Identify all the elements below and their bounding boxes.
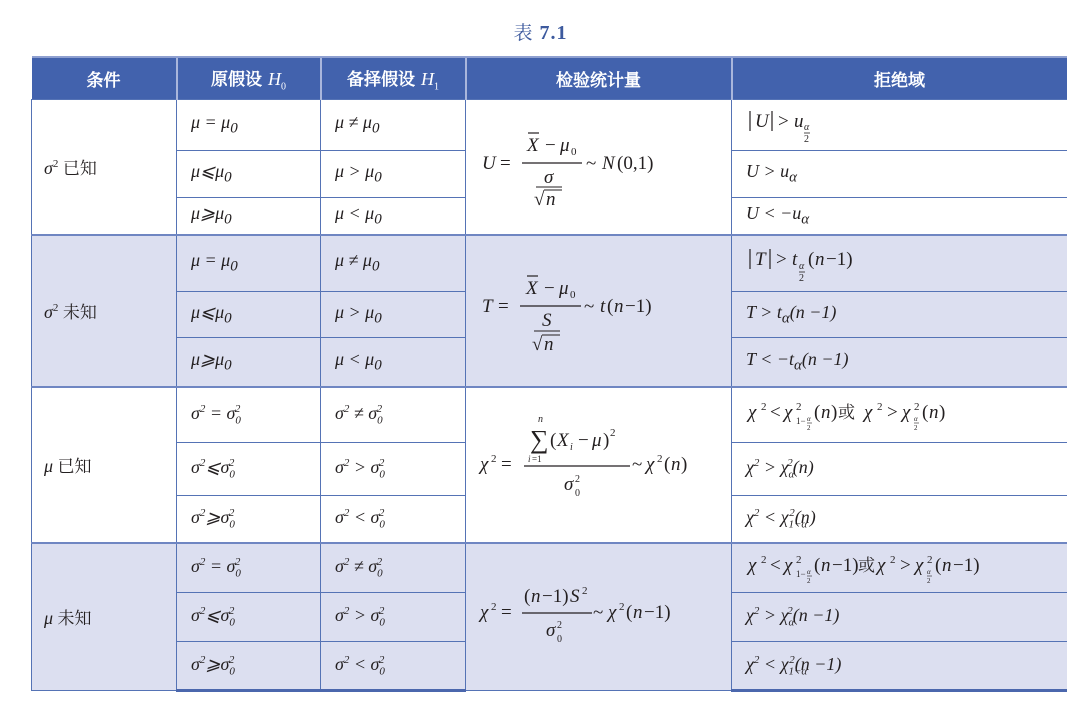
svg-text:0: 0 [570, 289, 576, 301]
svg-text:T: T [482, 296, 494, 317]
condition-cell: σ2 已知 [32, 100, 177, 235]
svg-text:α: α [927, 568, 931, 576]
svg-text:−1): −1) [826, 249, 853, 270]
h0-cell: σ2⩽σ02 [177, 593, 321, 642]
svg-text:=: = [501, 454, 512, 475]
caption-prefix: 表 [513, 22, 533, 44]
svg-text:2: 2 [619, 601, 625, 613]
svg-text:−: − [544, 278, 555, 299]
svg-text:): ) [603, 430, 609, 451]
h1-cell: μ ≠ μ0 [321, 235, 466, 292]
h1-cell: μ > μ0 [321, 151, 466, 198]
h0-cell: σ2⩾σ02 [177, 642, 321, 691]
svg-text:X: X [556, 430, 570, 451]
h1-cell: μ ≠ μ0 [321, 100, 466, 151]
svg-text:X: X [525, 278, 539, 299]
header-test-statistic: 检验统计量 [466, 57, 732, 100]
header-row: 条件 原假设 H0 备择假设 H1 检验统计量 拒绝域 [32, 57, 1067, 100]
h1-cell: σ2 ≠ σ02 [321, 543, 466, 593]
svg-text:): ) [681, 454, 687, 475]
h0-cell: σ2⩾σ02 [177, 496, 321, 543]
svg-text:−1): −1) [953, 555, 980, 576]
h0-cell: μ⩾μ0 [177, 198, 321, 235]
u-statistic-formula: U = X − μ 0 σ √ n ~ N [478, 119, 718, 209]
svg-text:): ) [939, 402, 945, 423]
svg-text:n: n [538, 414, 543, 425]
svg-text:μ: μ [591, 430, 602, 451]
svg-text:2: 2 [807, 577, 811, 585]
rejection-cell: χ2 < χ1−α2(n) [732, 496, 1067, 543]
svg-text:2: 2 [610, 427, 616, 439]
svg-text:n: n [546, 189, 556, 209]
statistic-cell: χ 2 = ( n −1) S 2 σ 0 2 ~ χ 2 [466, 543, 732, 691]
svg-text:−: − [578, 430, 589, 451]
statistic-cell: T = X − μ 0 S √ n ~ t [466, 235, 732, 387]
svg-text:(: ( [626, 602, 632, 623]
svg-text:χ: χ [478, 454, 489, 475]
header-alt-hypothesis: 备择假设 H1 [321, 57, 466, 100]
svg-text:t: t [792, 249, 798, 270]
svg-text:=1: =1 [532, 454, 542, 464]
svg-text:χ: χ [606, 602, 617, 623]
svg-text:α: α [914, 415, 918, 423]
svg-text:(: ( [814, 555, 820, 576]
svg-text:0: 0 [557, 634, 562, 645]
h1-cell: μ < μ0 [321, 198, 466, 235]
svg-text:0: 0 [571, 146, 577, 158]
svg-text:t: t [600, 296, 606, 317]
rejection-cell: χ2 > χα2(n) [732, 443, 1067, 496]
svg-text:χ: χ [782, 402, 793, 423]
svg-text:2: 2 [914, 401, 920, 413]
svg-text:U: U [755, 111, 770, 132]
h1-cell: μ < μ0 [321, 338, 466, 387]
svg-text:2: 2 [657, 453, 663, 465]
svg-text:−: − [545, 135, 556, 156]
chi-square-unknown-mu-formula: χ 2 = ( n −1) S 2 σ 0 2 ~ χ 2 [478, 574, 718, 654]
svg-text:>: > [887, 402, 898, 423]
h0-cell: μ = μ0 [177, 235, 321, 292]
svg-text:n: n [929, 402, 939, 423]
svg-text:2: 2 [582, 585, 588, 597]
h1-cell: σ2 ≠ σ02 [321, 387, 466, 443]
rejection-cell: U < −uα [732, 198, 1067, 235]
svg-text:2: 2 [804, 134, 809, 143]
svg-text:1−: 1− [796, 569, 806, 579]
h1-cell: μ > μ0 [321, 292, 466, 338]
svg-text:α: α [804, 122, 810, 133]
svg-text:(: ( [935, 555, 941, 576]
svg-text:2: 2 [761, 401, 767, 413]
svg-text:=: = [501, 602, 512, 623]
svg-text:(: ( [607, 296, 613, 317]
rejection-cell: χ 2 < χ 2 1− α 2 ( n ) 或 χ 2 [732, 387, 1067, 443]
svg-text:(: ( [524, 586, 530, 607]
svg-text:2: 2 [575, 474, 580, 485]
svg-text:σ: σ [544, 167, 554, 188]
svg-text:=: = [498, 296, 509, 317]
svg-text:N: N [601, 153, 616, 174]
caption-number: 7.1 [540, 22, 568, 44]
svg-text:(: ( [808, 249, 814, 270]
svg-text:α: α [807, 415, 811, 423]
rejection-cell: U > uα [732, 151, 1067, 198]
rejection-cell: U > u α 2 [732, 100, 1067, 151]
svg-text:~: ~ [584, 296, 594, 317]
svg-text:S: S [570, 586, 580, 607]
svg-text:n: n [614, 296, 624, 317]
svg-text:α: α [807, 568, 811, 576]
svg-text:χ: χ [478, 602, 489, 623]
svg-text:i: i [528, 454, 531, 464]
svg-text:σ: σ [546, 620, 556, 641]
svg-text:−1): −1) [625, 296, 652, 317]
svg-text:~: ~ [593, 602, 603, 623]
condition-cell: σ2 未知 [32, 235, 177, 387]
svg-text:<: < [770, 555, 781, 576]
svg-text:2: 2 [799, 273, 804, 283]
statistic-cell: U = X − μ 0 σ √ n ~ N [466, 100, 732, 235]
svg-text:(: ( [664, 454, 670, 475]
svg-text:2: 2 [491, 601, 497, 613]
svg-text:2: 2 [491, 453, 497, 465]
h0-cell: σ2 = σ02 [177, 543, 321, 593]
svg-text:~: ~ [632, 454, 642, 475]
svg-text:μ: μ [559, 135, 570, 156]
svg-text:√: √ [532, 334, 543, 355]
table-row: σ2 已知 μ = μ0 μ ≠ μ0 U = X − μ 0 σ [32, 100, 1067, 151]
h1-cell: σ2 < σ02 [321, 496, 466, 543]
svg-text:n: n [821, 402, 831, 423]
table-row: μ 未知 σ2 = σ02 σ2 ≠ σ02 χ 2 = ( n −1) S 2 [32, 543, 1067, 593]
h1-cell: σ2 > σ02 [321, 443, 466, 496]
svg-text:√: √ [534, 189, 545, 209]
rejection-cell: T > t α 2 ( n −1) [732, 235, 1067, 292]
svg-text:χ: χ [782, 555, 793, 576]
table-row: μ 已知 σ2 = σ02 σ2 ≠ σ02 χ 2 = n ∑ i =1 ( [32, 387, 1067, 443]
svg-text:2: 2 [927, 554, 933, 566]
svg-text:χ: χ [746, 402, 757, 423]
svg-text:X: X [526, 135, 540, 156]
rejection-cell: χ2 > χα2(n −1) [732, 593, 1067, 642]
svg-text:2: 2 [761, 554, 767, 566]
svg-text:2: 2 [796, 554, 802, 566]
hypothesis-test-table: 条件 原假设 H0 备择假设 H1 检验统计量 拒绝域 σ2 已知 μ = μ0… [31, 56, 1067, 692]
svg-text:2: 2 [914, 424, 918, 432]
svg-text:i: i [570, 442, 573, 453]
svg-text:n: n [671, 454, 681, 475]
svg-text:χ: χ [644, 454, 655, 475]
svg-text:n: n [942, 555, 952, 576]
svg-text:∑: ∑ [530, 425, 549, 454]
svg-text:或: 或 [858, 556, 875, 576]
svg-text:u: u [794, 111, 804, 132]
svg-text:2: 2 [890, 554, 896, 566]
rejection-cell: χ 2 < χ 2 1− α 2 ( n −1) 或 χ 2 [732, 543, 1067, 593]
svg-text:σ: σ [564, 474, 574, 495]
h0-cell: μ⩾μ0 [177, 338, 321, 387]
svg-text:χ: χ [913, 555, 924, 576]
h1-cell: σ2 < σ02 [321, 642, 466, 691]
svg-text:(0,1): (0,1) [617, 153, 653, 174]
rejection-cell: χ2 < χ1−α2(n −1) [732, 642, 1067, 691]
svg-text:0: 0 [575, 488, 580, 499]
h0-cell: μ = μ0 [177, 100, 321, 151]
svg-text:2: 2 [877, 401, 883, 413]
svg-text:(: ( [550, 430, 556, 451]
svg-text:U: U [482, 153, 497, 174]
svg-text:χ: χ [746, 555, 757, 576]
svg-text:1−: 1− [796, 416, 806, 426]
svg-text:2: 2 [927, 577, 931, 585]
condition-cell: μ 未知 [32, 543, 177, 691]
condition-cell: μ 已知 [32, 387, 177, 543]
svg-text:S: S [542, 310, 552, 331]
h0-cell: μ⩽μ0 [177, 151, 321, 198]
svg-text:n: n [544, 334, 554, 355]
svg-text:(: ( [814, 402, 820, 423]
header-condition: 条件 [32, 57, 177, 100]
h0-cell: σ2 = σ02 [177, 387, 321, 443]
svg-text:2: 2 [557, 620, 562, 631]
svg-text:2: 2 [807, 424, 811, 432]
svg-text:−1): −1) [542, 586, 569, 607]
svg-text:n: n [531, 586, 541, 607]
svg-text:>: > [900, 555, 911, 576]
svg-text:或: 或 [838, 403, 855, 423]
rejection-cell: T > tα(n −1) [732, 292, 1067, 338]
svg-text:n: n [815, 249, 825, 270]
table-row: σ2 未知 μ = μ0 μ ≠ μ0 T = X − μ 0 S [32, 235, 1067, 292]
svg-text:2: 2 [796, 401, 802, 413]
svg-text:−1): −1) [644, 602, 671, 623]
svg-text:χ: χ [875, 555, 886, 576]
svg-text:χ: χ [862, 402, 873, 423]
svg-text:−1): −1) [832, 555, 859, 576]
svg-text:(: ( [922, 402, 928, 423]
h0-cell: σ2⩽σ02 [177, 443, 321, 496]
h0-cell: μ⩽μ0 [177, 292, 321, 338]
h1-cell: σ2 > σ02 [321, 593, 466, 642]
svg-text:~: ~ [586, 153, 596, 174]
header-null-hypothesis: 原假设 H0 [177, 57, 321, 100]
header-rejection-region: 拒绝域 [732, 57, 1067, 100]
rejection-cell: T < −tα(n −1) [732, 338, 1067, 387]
svg-text:μ: μ [558, 278, 569, 299]
svg-text:>: > [776, 249, 787, 270]
svg-text:χ: χ [900, 402, 911, 423]
svg-text:T: T [755, 249, 767, 270]
svg-text:α: α [799, 261, 805, 272]
svg-text:): ) [831, 402, 837, 423]
table-caption: 表 7.1 [0, 18, 1081, 45]
t-statistic-formula: T = X − μ 0 S √ n ~ t [478, 258, 718, 358]
chi-square-known-mu-formula: χ 2 = n ∑ i =1 ( X i − μ ) 2 [478, 412, 718, 512]
svg-text:n: n [821, 555, 831, 576]
statistic-cell: χ 2 = n ∑ i =1 ( X i − μ ) 2 [466, 387, 732, 543]
svg-text:=: = [500, 153, 511, 174]
svg-text:<: < [770, 402, 781, 423]
svg-text:>: > [778, 111, 789, 132]
svg-text:n: n [633, 602, 643, 623]
